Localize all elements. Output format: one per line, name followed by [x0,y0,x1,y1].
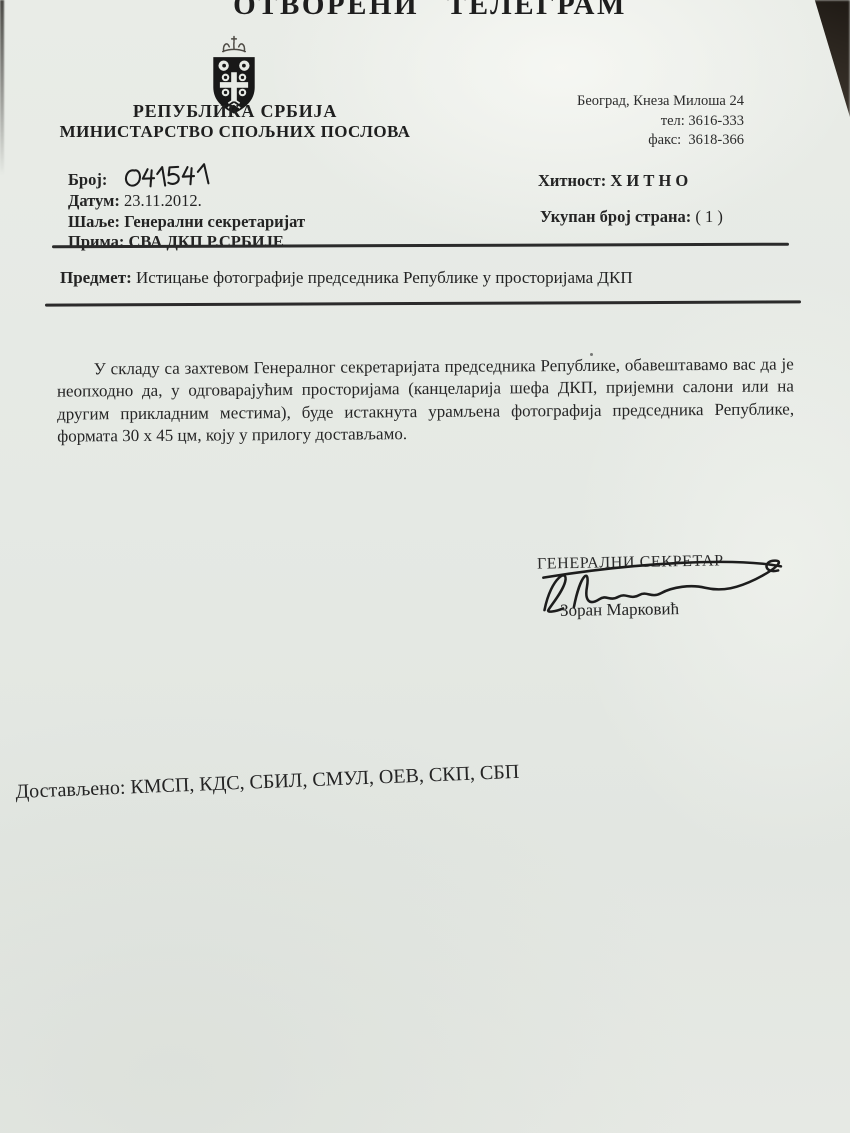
datum-label: Датум: [68,191,120,210]
horizontal-rule-bottom [45,300,801,306]
field-salje: Шаље: Генерални секретаријат [68,211,305,232]
hitnost-label: Хитност: [538,171,606,190]
strana-label: Укупан број страна: [540,207,691,226]
signature-name: Зоран Марковић [560,599,679,621]
subject-label: Предмет: [60,268,132,287]
field-broj: Број: 041541 [68,169,107,190]
body-paragraph: У складу са захтевом Генералног секретар… [57,353,795,448]
salje-label: Шаље: [68,212,120,231]
datum-value: 23.11.2012. [124,191,202,210]
field-strana: Укупан број страна: ( 1 ) [540,206,723,227]
field-datum: Датум: 23.11.2012. [68,190,202,211]
subject-text: Истицање фотографије председника Републи… [136,268,633,287]
prima-value: СВА ДКП Р.СРБИЈЕ [129,232,284,251]
document-title: ОТВОРЕНИ ТЕЛЕГРАМ [233,0,627,22]
hitnost-value: Х И Т Н О [610,171,688,190]
broj-handwritten-number [119,158,220,193]
subject-line: Предмет: Истицање фотографије председник… [60,268,800,288]
broj-label: Број: [68,170,107,189]
republic-name: РЕПУБЛИКА СРБИЈА [55,101,415,121]
fax-line: факс: 3618-366 [577,131,744,151]
scanned-document-page: ОТВОРЕНИ ТЕЛЕГРАМ РЕПУБЛИКА С [0,0,850,1133]
phone-line: тел: 3616-333 [577,112,744,132]
ministry-name: МИНИСТАРСТВО СПОЉНИХ ПОСЛОВА [55,122,415,142]
address-line: Београд, Кнеза Милоша 24 [577,92,744,112]
address-block: Београд, Кнеза Милоша 24 тел: 3616-333 ф… [577,92,744,151]
salje-value: Генерални секретаријат [124,212,305,231]
scan-dark-corner [810,0,850,122]
field-prima: Прима: СВА ДКП Р.СРБИЈЕ [68,231,284,252]
scan-dark-edge [0,0,4,175]
broj-value-text: 041541 [107,169,108,170]
distribution-line: Достављено: КМСП, КДС, СБИЛ, СМУЛ, ОЕВ, … [15,761,520,804]
strana-value: ( 1 ) [695,207,723,226]
field-hitnost: Хитност: Х И Т Н О [538,170,688,191]
